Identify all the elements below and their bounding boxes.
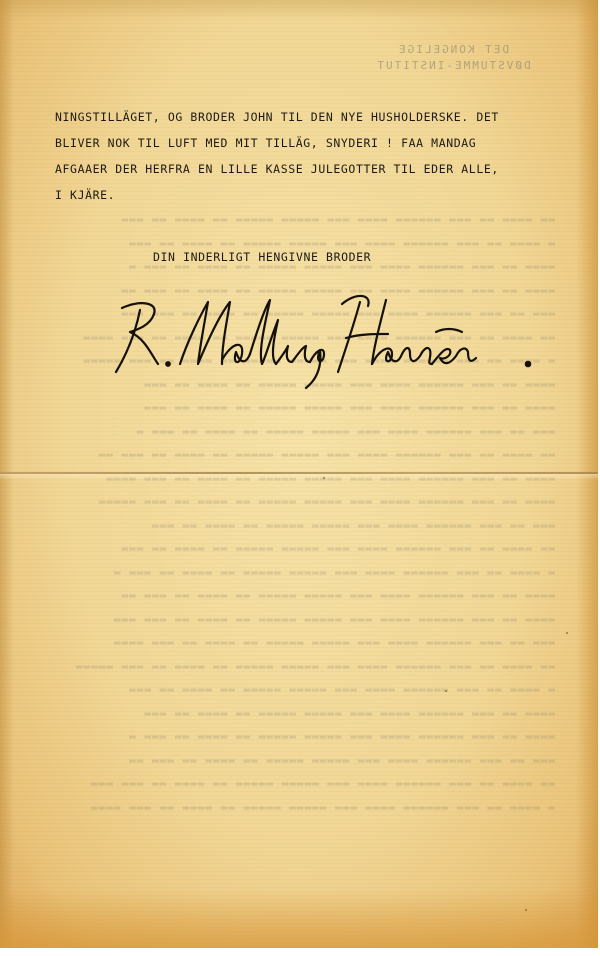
bleed-row: ▬▬▬ ▬▬ ▬▬▬ ▬▬▬▬▬▬ ▬▬▬▬ ▬▬▬ ▬▬▬▬▬ ▬▬▬▬▬ ▬… bbox=[55, 749, 555, 773]
bleed-row: ▬▬▬▬ ▬▬ ▬▬▬ ▬▬▬▬▬▬ ▬▬▬▬ ▬▬▬ ▬▬▬▬▬ ▬▬▬▬▬ … bbox=[55, 584, 555, 608]
bleed-row: ▬▬▬ ▬▬ ▬▬▬ ▬▬▬▬▬▬ ▬▬▬▬ ▬▬▬ ▬▬▬▬▬ ▬▬▬▬▬ ▬… bbox=[55, 514, 555, 538]
closing-salutation: DIN INDERLIGT HENGIVNE BRODER bbox=[153, 250, 371, 264]
paper-fold-line bbox=[0, 472, 598, 474]
body-line: BLIVER NOK TIL LUFT MED MIT TILLÄG, SNYD… bbox=[55, 130, 575, 156]
bleed-row: ▬▬▬▬ ▬▬ ▬▬▬ ▬▬▬▬▬▬ ▬▬▬▬ ▬▬▬ ▬▬▬▬▬ ▬▬▬▬▬ … bbox=[55, 702, 555, 726]
bleed-row: ▬▬ ▬▬▬▬ ▬▬ ▬▬▬ ▬▬▬▬▬▬ ▬▬▬▬ ▬▬▬ ▬▬▬▬▬ ▬▬▬… bbox=[55, 443, 555, 467]
paper-top-edge bbox=[0, 0, 598, 20]
paper-bottom-stain bbox=[0, 888, 598, 948]
body-line: AFGAAER DER HERFRA EN LILLE KASSE JULEGO… bbox=[55, 156, 575, 182]
bleed-row: ▬ ▬▬▬▬ ▬▬ ▬▬▬ ▬▬▬▬▬▬ ▬▬▬▬ ▬▬▬ ▬▬▬▬▬ ▬▬▬▬… bbox=[55, 796, 555, 820]
letter-page: DET KONGELIGE DØVSTUMME-INSTITUT ▬▬ ▬▬▬▬… bbox=[0, 0, 598, 948]
body-line: NINGSTILLÄGET, OG BRODER JOHN TIL DEN NY… bbox=[55, 104, 575, 130]
bleed-row: ▬ ▬▬▬▬ ▬▬ ▬▬▬ ▬▬▬▬▬▬ ▬▬▬▬ ▬▬▬ ▬▬▬▬▬ ▬▬▬▬… bbox=[55, 678, 555, 702]
bleed-row: ▬ ▬▬▬▬ ▬▬ ▬▬▬ ▬▬▬▬▬▬ ▬▬▬▬ ▬▬▬ ▬▬▬▬▬ ▬▬▬▬… bbox=[55, 561, 555, 585]
bleed-row: ▬▬ ▬▬▬▬ ▬▬ ▬▬▬ ▬▬▬▬▬▬ ▬▬▬▬ ▬▬▬ ▬▬▬▬▬ ▬▬▬… bbox=[55, 772, 555, 796]
bleed-row: ▬▬▬▬ ▬▬ ▬▬▬ ▬▬▬▬▬▬ ▬▬▬▬ ▬▬▬ ▬▬▬▬▬ ▬▬▬▬▬ … bbox=[55, 396, 555, 420]
handwritten-signature bbox=[110, 280, 550, 390]
bleed-row: ▬▬▬ ▬▬ ▬▬▬ ▬▬▬▬▬▬ ▬▬▬▬ ▬▬▬ ▬▬▬▬▬ ▬▬▬▬▬ ▬… bbox=[55, 631, 555, 655]
bleed-row: ▬▬▬▬ ▬▬ ▬▬▬ ▬▬▬▬▬▬ ▬▬▬▬ ▬▬▬ ▬▬▬▬▬ ▬▬▬▬▬ … bbox=[55, 490, 555, 514]
letterhead-line-1: DET KONGELIGE bbox=[338, 42, 568, 58]
bleed-row: ▬▬ ▬▬▬▬ ▬▬ ▬▬▬ ▬▬▬▬▬▬ ▬▬▬▬ ▬▬▬ ▬▬▬▬▬ ▬▬▬… bbox=[55, 537, 555, 561]
bleed-row: ▬▬▬ ▬▬ ▬▬▬ ▬▬▬▬▬▬ ▬▬▬▬ ▬▬▬ ▬▬▬▬▬ ▬▬▬▬▬ ▬… bbox=[55, 420, 555, 444]
bleed-row: ▬▬ ▬▬▬▬ ▬▬ ▬▬▬ ▬▬▬▬▬▬ ▬▬▬▬ ▬▬▬ ▬▬▬▬▬ ▬▬▬… bbox=[55, 208, 555, 232]
letterhead-line-2: DØVSTUMME-INSTITUT bbox=[338, 58, 568, 74]
letter-body: NINGSTILLÄGET, OG BRODER JOHN TIL DEN NY… bbox=[55, 104, 575, 208]
signature-icon bbox=[110, 280, 550, 390]
body-line: I KJÄRE. bbox=[55, 182, 575, 208]
bleed-row: ▬▬ ▬▬▬▬ ▬▬ ▬▬▬ ▬▬▬▬▬▬ ▬▬▬▬ ▬▬▬ ▬▬▬▬▬ ▬▬▬… bbox=[55, 655, 555, 679]
bleed-row: ▬▬▬▬ ▬▬ ▬▬▬ ▬▬▬▬▬▬ ▬▬▬▬ ▬▬▬ ▬▬▬▬▬ ▬▬▬▬▬ … bbox=[55, 725, 555, 749]
letterhead-bleedthrough: DET KONGELIGE DØVSTUMME-INSTITUT bbox=[338, 42, 568, 74]
bleed-row: ▬▬▬▬ ▬▬ ▬▬▬ ▬▬▬▬▬▬ ▬▬▬▬ ▬▬▬ ▬▬▬▬▬ ▬▬▬▬▬ … bbox=[55, 608, 555, 632]
